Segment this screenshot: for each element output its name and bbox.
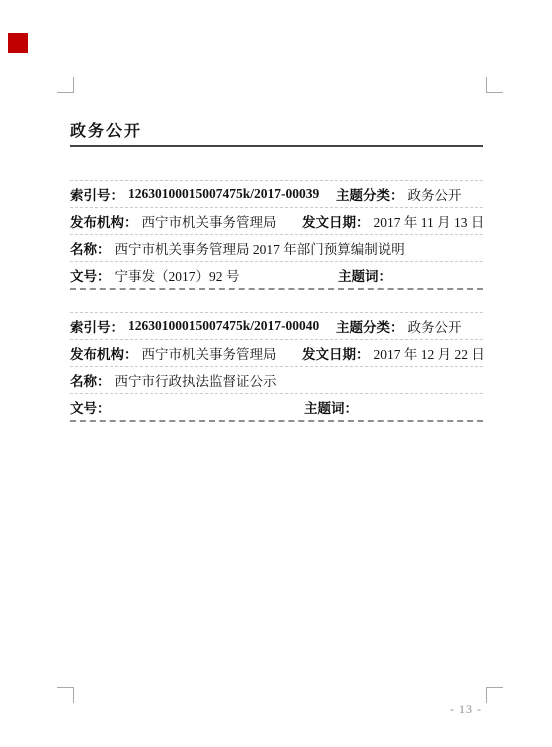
index-no-value: 12630100015007475k/2017-00039 — [124, 186, 319, 202]
pub-date-value: 2017 年 12 月 22 日 — [370, 343, 485, 363]
topic-class-label: 主题分类： — [336, 184, 404, 204]
crop-mark-top-left — [57, 77, 74, 93]
red-square-marker — [8, 33, 28, 53]
record-row-docno: 文号： 主题词： — [70, 393, 483, 420]
page-number: - 13 - — [444, 702, 488, 717]
topic-class-value: 政务公开 — [404, 184, 462, 204]
pub-date-label: 发文日期： — [302, 211, 370, 231]
index-no-label: 索引号： — [70, 316, 124, 336]
keywords-cell: 主题词： — [338, 265, 396, 285]
publisher-value: 西宁市机关事务管理局 — [138, 343, 277, 363]
publisher-value: 西宁市机关事务管理局 — [138, 211, 277, 231]
record-block-1: 索引号： 12630100015007475k/2017-00039 主题分类：… — [70, 180, 483, 290]
topic-class-value: 政务公开 — [404, 316, 462, 336]
name-value: 西宁市机关事务管理局 2017 年部门预算编制说明 — [111, 238, 405, 258]
doc-no-label: 文号： — [70, 265, 111, 285]
section-heading: 政务公开 — [70, 118, 483, 147]
document-page: 政务公开 索引号： 12630100015007475k/2017-00039 … — [0, 0, 552, 747]
crop-mark-bottom-left — [57, 687, 74, 703]
doc-no-label: 文号： — [70, 397, 111, 417]
pub-date-label: 发文日期： — [302, 343, 370, 363]
record-block-2: 索引号： 12630100015007475k/2017-00040 主题分类：… — [70, 312, 483, 422]
publisher-label: 发布机构： — [70, 211, 138, 231]
topic-class-label: 主题分类： — [336, 316, 404, 336]
record-row-name: 名称： 西宁市行政执法监督证公示 — [70, 366, 483, 393]
topic-class-cell: 主题分类： 政务公开 — [336, 316, 462, 336]
topic-class-cell: 主题分类： 政务公开 — [336, 184, 462, 204]
pub-date-cell: 发文日期： 2017 年 12 月 22 日 — [302, 343, 485, 363]
record-row-publisher: 发布机构： 西宁市机关事务管理局 发文日期： 2017 年 11 月 13 日 — [70, 207, 483, 234]
index-no-value: 12630100015007475k/2017-00040 — [124, 318, 319, 334]
pub-date-cell: 发文日期： 2017 年 11 月 13 日 — [302, 211, 484, 231]
keywords-label: 主题词： — [338, 265, 392, 285]
index-no-label: 索引号： — [70, 184, 124, 204]
record-row-publisher: 发布机构： 西宁市机关事务管理局 发文日期： 2017 年 12 月 22 日 — [70, 339, 483, 366]
name-value: 西宁市行政执法监督证公示 — [111, 370, 277, 390]
pub-date-value: 2017 年 11 月 13 日 — [370, 211, 485, 231]
record-row-index: 索引号： 12630100015007475k/2017-00039 主题分类：… — [70, 180, 483, 207]
publisher-label: 发布机构： — [70, 343, 138, 363]
crop-mark-top-right — [486, 77, 503, 93]
record-row-name: 名称： 西宁市机关事务管理局 2017 年部门预算编制说明 — [70, 234, 483, 261]
keywords-cell: 主题词： — [304, 397, 362, 417]
record-row-index: 索引号： 12630100015007475k/2017-00040 主题分类：… — [70, 312, 483, 339]
name-label: 名称： — [70, 238, 111, 258]
keywords-label: 主题词： — [304, 397, 358, 417]
crop-mark-bottom-right — [486, 687, 503, 703]
record-row-docno: 文号： 宁事发（2017）92 号 主题词： — [70, 261, 483, 288]
name-label: 名称： — [70, 370, 111, 390]
doc-no-value: 宁事发（2017）92 号 — [111, 265, 240, 285]
